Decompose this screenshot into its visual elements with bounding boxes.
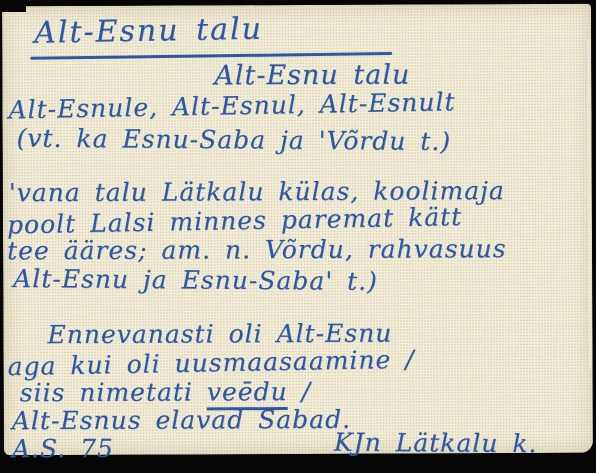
history-line-1: Ennevanasti oli Alt-Esnu: [47, 319, 392, 350]
renaming-prefix: siis nimetati: [20, 377, 207, 407]
history-line-2: aga kui oli uusmaasaamine /: [7, 345, 415, 381]
residents-line: Alt-Esnus elavad Sabad.: [12, 405, 351, 435]
scan-corner-notch: [0, 0, 26, 12]
description-line-3: tee ääres; am. n. Võrdu, rahvasuus: [7, 234, 507, 265]
description-line-4: Alt-Esnu ja Esnu-Saba' t.): [13, 264, 378, 296]
parish-and-village: KJn Lätkalu k.: [334, 428, 538, 459]
heading-repeat: Alt-Esnu talu: [214, 60, 410, 92]
renaming-suffix: /: [302, 377, 312, 406]
renaming-line: siis nimetati veēdu /: [20, 377, 311, 407]
case-forms-line: Alt-Esnule, Alt-Esnul, Alt-Esnult: [8, 87, 456, 124]
card-title: Alt-Esnu talu: [34, 12, 263, 51]
cross-reference-line: (vt. ka Esnu-Saba ja 'Võrdu t.): [17, 124, 452, 156]
title-underline: [30, 52, 392, 60]
scanned-card-image: Alt-Esnu talu Alt-Esnu talu Alt-Esnule, …: [0, 0, 596, 473]
collector-and-year: A.S. 75: [12, 434, 114, 463]
scan-edge-artifact: [587, 39, 591, 369]
index-card-paper: Alt-Esnu talu Alt-Esnu talu Alt-Esnule, …: [2, 4, 593, 456]
